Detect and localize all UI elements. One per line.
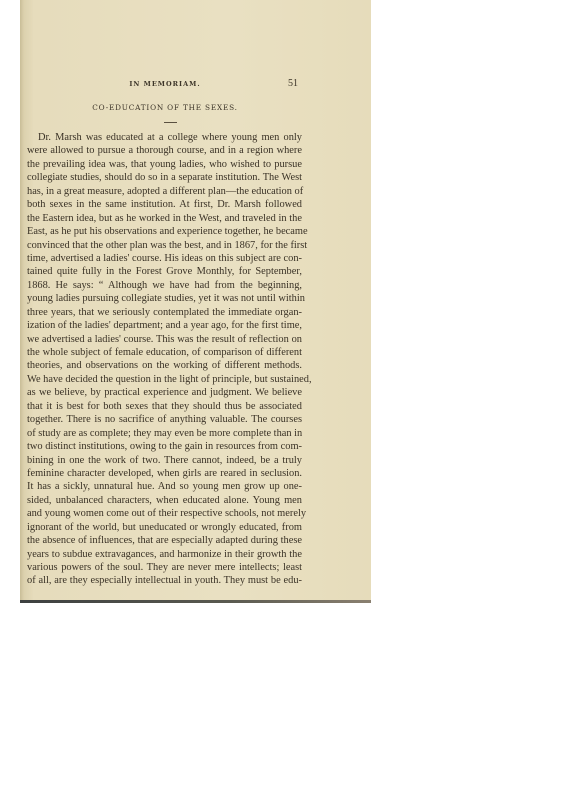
text-line: theories, and observations on the workin… — [27, 359, 302, 372]
text-line: both sexes in the same institution. At f… — [27, 198, 302, 211]
text-line: years to subdue extravagances, and harmo… — [27, 548, 302, 561]
text-line: collegiate studies, should do so in a se… — [27, 171, 302, 184]
text-line: various powers of the soul. They are nev… — [27, 561, 302, 574]
text-line: of all, are they especially intellectual… — [27, 574, 302, 587]
text-line: the absence of influences, that are espe… — [27, 534, 302, 547]
text-line: Dr. Marsh was educated at a college wher… — [27, 131, 302, 144]
text-line: of study are as complete; they may even … — [27, 427, 302, 440]
text-line: young ladies pursuing collegiate studies… — [27, 292, 302, 305]
text-line: 1868. He says: “ Although we have had fr… — [27, 279, 302, 292]
text-line: ization of the ladies' department; and a… — [27, 319, 302, 332]
text-line: and young women come out of their respec… — [27, 507, 302, 520]
section-title: CO-EDUCATION OF THE SEXES. — [20, 103, 310, 112]
text-line: three years, that we seriously contempla… — [27, 306, 302, 319]
page-number: 51 — [288, 78, 298, 89]
text-line: time, advertised a ladies' course. His i… — [27, 252, 302, 265]
text-line: tained quite fully in the Forest Grove M… — [27, 265, 302, 278]
text-line: as we believe, by practical experience a… — [27, 386, 302, 399]
text-line: the prevailing idea was, that young ladi… — [27, 158, 302, 171]
text-line: the whole subject of female education, o… — [27, 346, 302, 359]
running-head: IN MEMORIAM. — [20, 80, 310, 88]
text-line: that it is best for both sexes that they… — [27, 400, 302, 413]
text-line: feminine character developed, when girls… — [27, 467, 302, 480]
title-rule-divider — [164, 122, 177, 123]
text-line: It has a sickly, unnatural hue. And so y… — [27, 480, 302, 493]
text-line: two distinct institutions, owing to the … — [27, 440, 302, 453]
text-line: East, as he put his observations and exp… — [27, 225, 302, 238]
text-line: we advertised a ladies' course. This was… — [27, 333, 302, 346]
text-line: convinced that the other plan was the be… — [27, 239, 302, 252]
text-line: bining in one the work of two. There can… — [27, 454, 302, 467]
text-line: together. There is no sacrifice of anyth… — [27, 413, 302, 426]
text-line: has, in a great measure, adopted a diffe… — [27, 185, 302, 198]
text-line: were allowed to pursue a thorough course… — [27, 144, 302, 157]
text-line: sided, unbalanced characters, when educa… — [27, 494, 302, 507]
book-page: IN MEMORIAM. 51 CO-EDUCATION OF THE SEXE… — [20, 0, 371, 603]
text-line: the Eastern idea, but as he worked in th… — [27, 212, 302, 225]
body-text: Dr. Marsh was educated at a college wher… — [27, 131, 302, 588]
text-line: We have decided the question in the ligh… — [27, 373, 302, 386]
text-line: ignorant of the world, but uneducated or… — [27, 521, 302, 534]
